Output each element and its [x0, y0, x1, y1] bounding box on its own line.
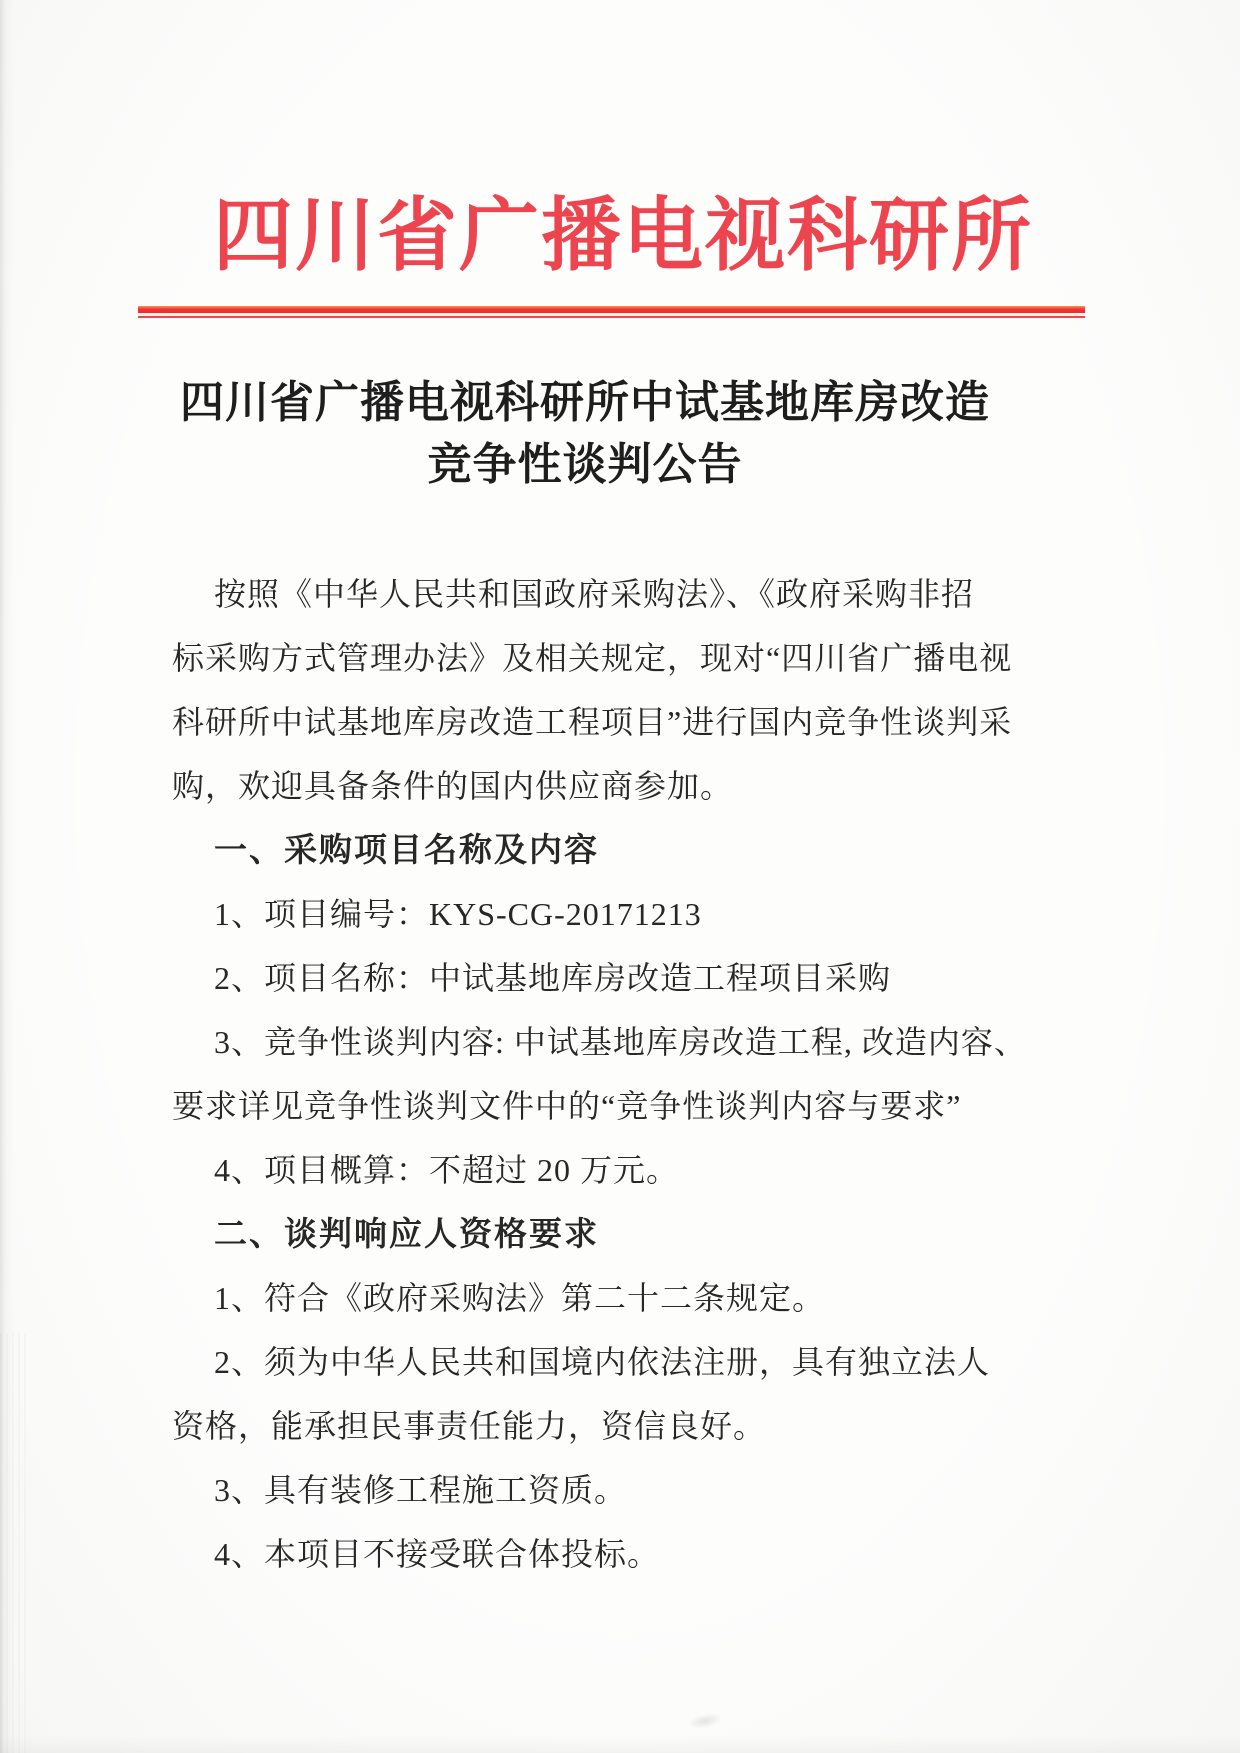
body-line: 4、项目概算：不超过 20 万元。	[172, 1138, 1002, 1202]
body-line: 1、符合《政府采购法》第二十二条规定。	[172, 1266, 1002, 1330]
scan-smudge-artifact	[687, 1711, 723, 1732]
document-title: 四川省广播电视科研所中试基地库房改造 竞争性谈判公告	[140, 372, 1030, 496]
document-body: 按照《中华人民共和国政府采购法》、《政府采购非招标采购方式管理办法》及相关规定，…	[172, 562, 1002, 1586]
body-line: 3、具有装修工程施工资质。	[172, 1458, 1002, 1522]
divider-thick-line	[138, 306, 1085, 313]
body-line: 购，欢迎具备条件的国内供应商参加。	[172, 754, 1002, 818]
scanned-page: 四川省广播电视科研所 四川省广播电视科研所中试基地库房改造 竞争性谈判公告 按照…	[0, 0, 1240, 1753]
body-line: 2、须为中华人民共和国境内依法注册，具有独立法人	[172, 1330, 1002, 1394]
body-line: 2、项目名称：中试基地库房改造工程项目采购	[172, 946, 1002, 1010]
section-heading: 二、谈判响应人资格要求	[172, 1202, 1002, 1266]
body-line: 按照《中华人民共和国政府采购法》、《政府采购非招	[172, 562, 1002, 626]
body-line: 资格，能承担民事责任能力，资信良好。	[172, 1394, 1002, 1458]
section-heading: 一、采购项目名称及内容	[172, 818, 1002, 882]
scan-stripe-artifact	[0, 1333, 26, 1753]
divider-thin-line	[138, 316, 1085, 318]
body-line: 科研所中试基地库房改造工程项目”进行国内竞争性谈判采	[172, 690, 1002, 754]
body-line: 4、本项目不接受联合体投标。	[172, 1522, 1002, 1586]
document-title-line2: 竞争性谈判公告	[140, 434, 1030, 496]
body-line: 3、竞争性谈判内容: 中试基地库房改造工程, 改造内容、	[172, 1010, 1002, 1074]
body-line: 标采购方式管理办法》及相关规定，现对“四川省广播电视	[172, 626, 1002, 690]
body-line: 1、项目编号：KYS-CG-20171213	[172, 882, 1002, 946]
letterhead-divider	[138, 306, 1085, 318]
document-title-line1: 四川省广播电视科研所中试基地库房改造	[140, 372, 1030, 434]
letterhead-org-name: 四川省广播电视科研所	[213, 186, 1033, 288]
body-line: 要求详见竞争性谈判文件中的“竞争性谈判内容与要求”	[172, 1074, 1002, 1138]
